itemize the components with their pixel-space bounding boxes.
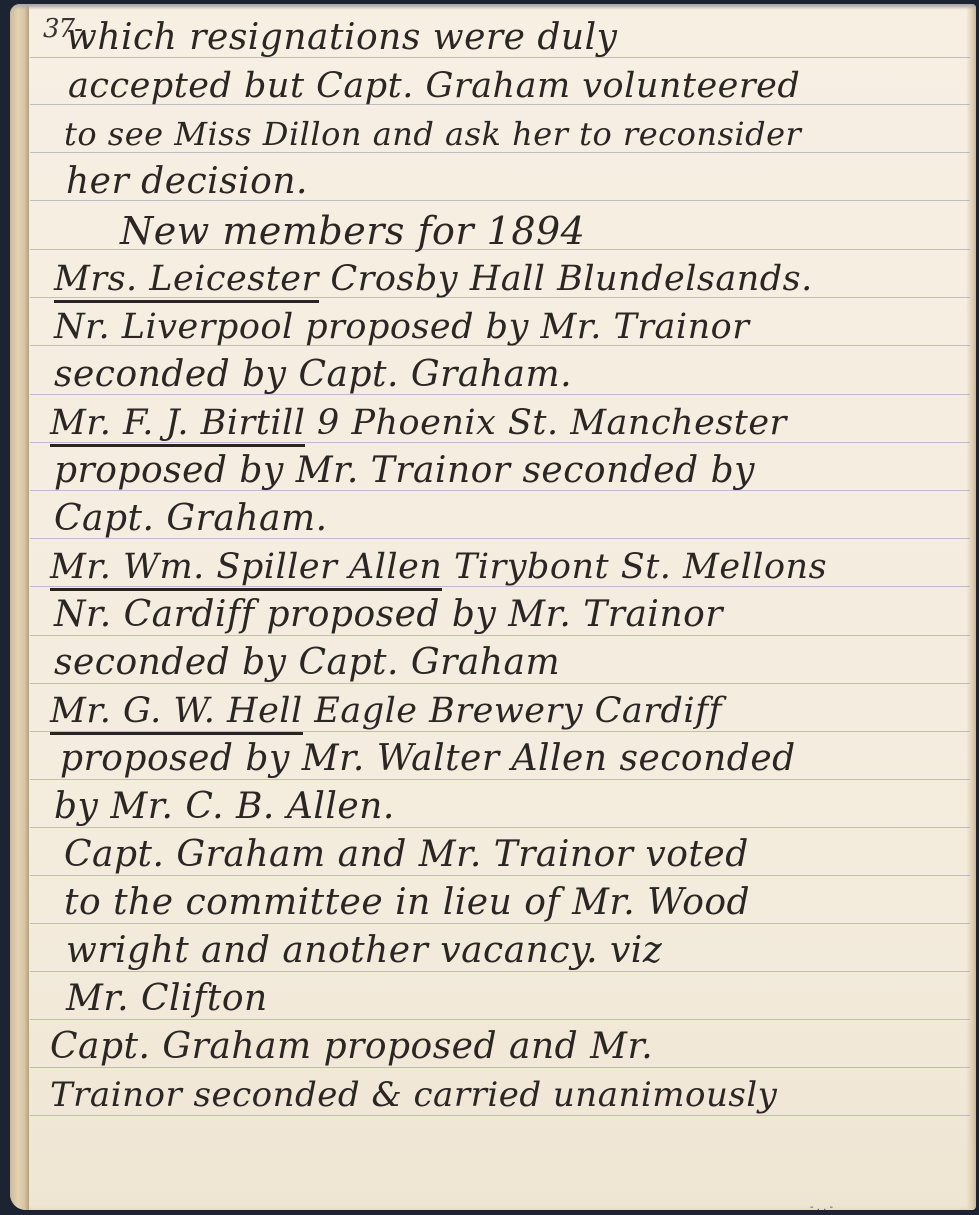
handwritten-line: seconded by Capt. Graham.	[54, 353, 572, 397]
handwritten-line: to see Miss Dillon and ask her to recons…	[64, 112, 801, 156]
member-address: Tirybont St. Mellons	[442, 547, 827, 587]
page-right-edge	[966, 4, 976, 1210]
member-address: Eagle Brewery Cardiff	[303, 691, 722, 731]
line-text: Trainor seconded & carried unanimously	[50, 1075, 777, 1115]
line-text: Capt. Graham and Mr. Trainor voted	[64, 834, 749, 875]
line-text: Capt. Graham.	[54, 498, 328, 539]
member-entry-name-line: Mr. G. W. Hell Eagle Brewery Cardiff	[50, 689, 722, 733]
page-top-edge	[10, 4, 976, 10]
line-text: Capt. Graham proposed and Mr.	[50, 1026, 653, 1067]
handwritten-line: Trainor seconded & carried unanimously	[50, 1073, 777, 1117]
handwritten-line: her decision.	[66, 160, 308, 204]
heading-text: New members for 1894	[120, 209, 585, 253]
line-text: seconded by Capt. Graham.	[54, 354, 572, 395]
line-text: which resignations were duly	[66, 17, 617, 58]
handwritten-line: Capt. Graham proposed and Mr.	[50, 1025, 653, 1069]
line-text: to see Miss Dillon and ask her to recons…	[64, 115, 801, 153]
line-text: her decision.	[66, 161, 308, 202]
handwritten-line: proposed by Mr. Walter Allen seconded	[60, 737, 796, 781]
handwritten-line: seconded by Capt. Graham	[54, 641, 560, 685]
member-name: Mr. Wm. Spiller Allen	[50, 547, 442, 591]
page-binding-edge	[10, 4, 29, 1210]
handwritten-line: Nr. Liverpool proposed by Mr. Trainor	[54, 305, 749, 349]
member-entry-name-line: Mr. Wm. Spiller Allen Tirybont St. Mello…	[50, 545, 827, 589]
handwritten-line: accepted but Capt. Graham volunteered	[68, 64, 800, 108]
handwritten-line: Capt. Graham and Mr. Trainor voted	[64, 833, 749, 877]
handwritten-line: Mr. Clifton	[66, 977, 268, 1021]
handwritten-line: proposed by Mr. Trainor seconded by	[54, 449, 755, 493]
line-text: Nr. Liverpool proposed by Mr. Trainor	[54, 307, 749, 347]
handwritten-line: wright and another vacancy. viz	[66, 929, 662, 973]
notebook-page: 37- which resignations were duly accepte…	[10, 4, 976, 1210]
member-name: Mr. G. W. Hell	[50, 691, 303, 735]
handwritten-line: Capt. Graham.	[54, 497, 328, 541]
line-text: by Mr. C. B. Allen.	[54, 786, 395, 827]
section-heading-new-members: New members for 1894	[120, 209, 585, 253]
line-text: proposed by Mr. Walter Allen seconded	[60, 738, 796, 779]
handwritten-line: which resignations were duly	[66, 16, 617, 60]
member-name: Mr. F. J. Birtill	[50, 403, 305, 447]
handwritten-line: Nr. Cardiff proposed by Mr. Trainor	[54, 593, 723, 637]
line-text: seconded by Capt. Graham	[54, 642, 560, 683]
line-text: Nr. Cardiff proposed by Mr. Trainor	[54, 594, 723, 635]
member-address: Crosby Hall Blundelsands.	[319, 259, 813, 299]
line-text: Mr. Clifton	[66, 978, 268, 1019]
line-text: accepted but Capt. Graham volunteered	[68, 66, 800, 106]
handwritten-line: to the committee in lieu of Mr. Wood	[64, 881, 750, 925]
member-entry-name-line: Mr. F. J. Birtill 9 Phoenix St. Manchest…	[50, 401, 787, 445]
line-text: proposed by Mr. Trainor seconded by	[54, 450, 755, 491]
member-entry-name-line: Mrs. Leicester Crosby Hall Blundelsands.	[54, 257, 813, 301]
handwritten-line: by Mr. C. B. Allen.	[54, 785, 395, 829]
ink-smudge-marks: - . . -	[810, 1202, 833, 1210]
member-name: Mrs. Leicester	[54, 259, 319, 303]
line-text: to the committee in lieu of Mr. Wood	[64, 882, 750, 923]
scanned-page: 37- which resignations were duly accepte…	[0, 0, 979, 1215]
member-address: 9 Phoenix St. Manchester	[305, 403, 786, 443]
line-text: wright and another vacancy. viz	[66, 930, 662, 971]
